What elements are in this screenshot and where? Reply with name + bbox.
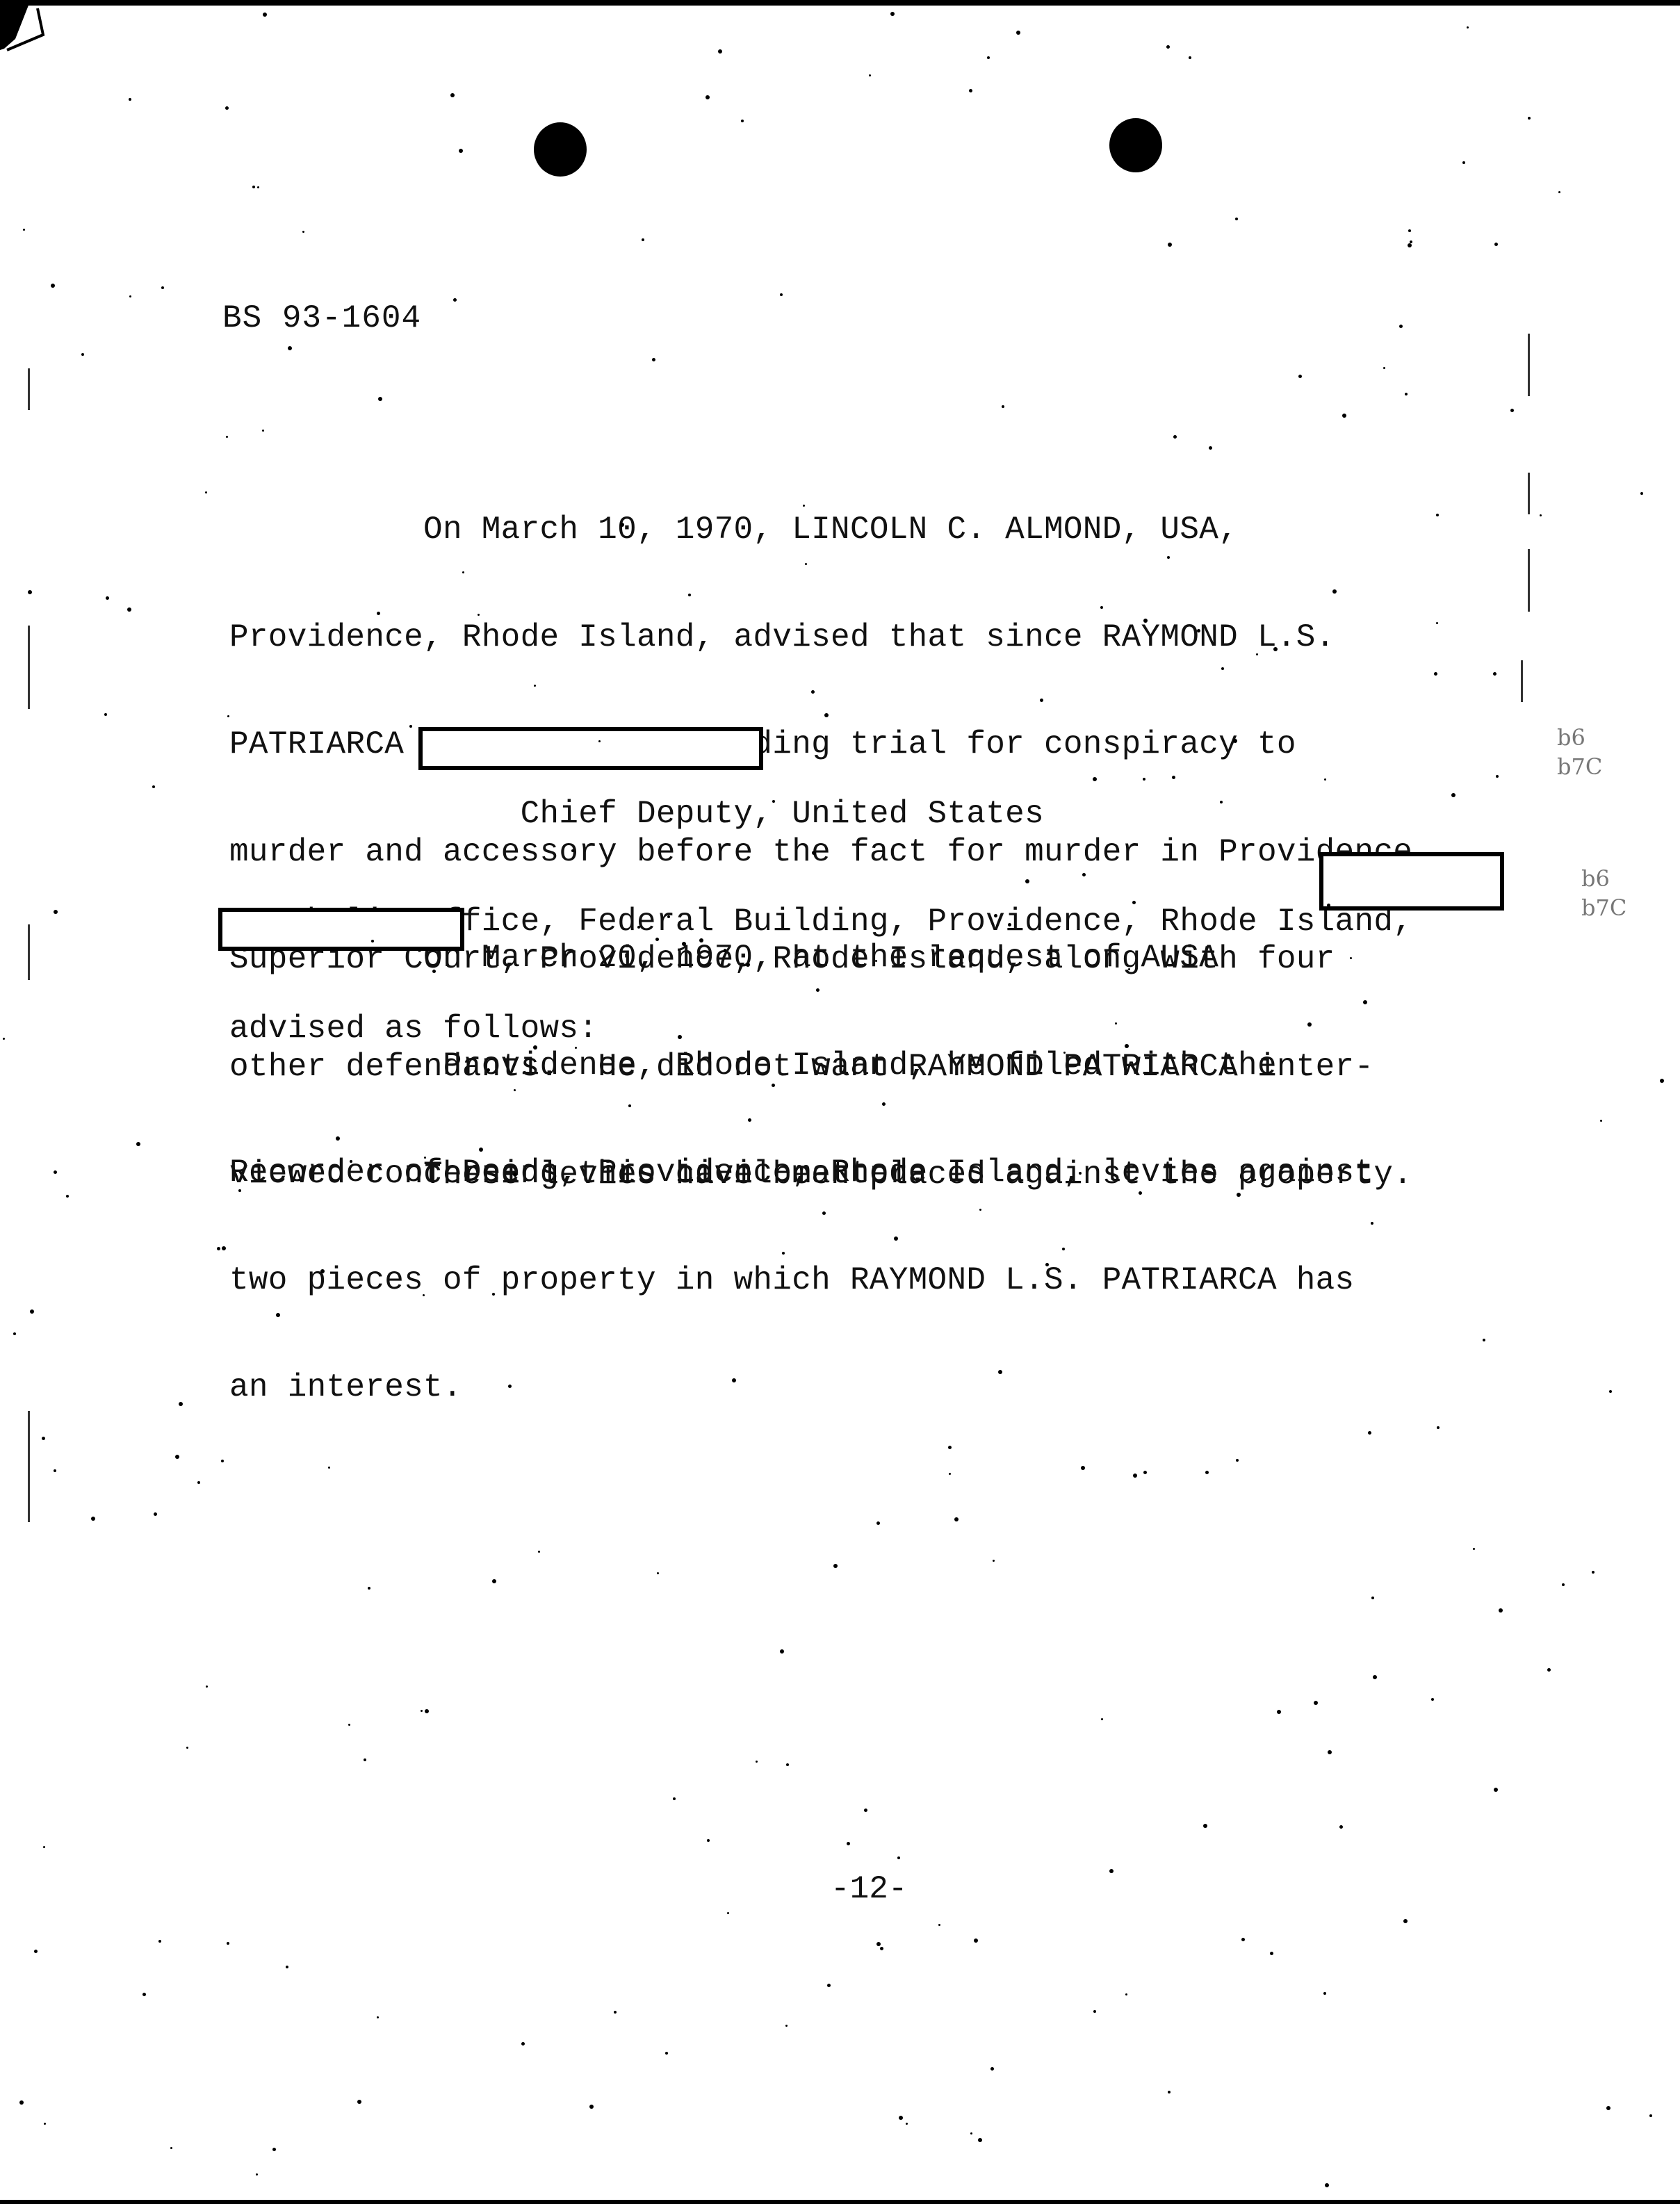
scan-speck xyxy=(1221,667,1224,670)
scan-speck xyxy=(811,690,815,694)
scan-speck xyxy=(225,106,229,110)
scan-speck xyxy=(538,1551,540,1553)
scan-speck xyxy=(1205,1471,1209,1474)
scan-speck xyxy=(805,563,807,565)
scan-speck xyxy=(302,231,304,233)
scan-speck xyxy=(1197,629,1200,632)
scan-speck xyxy=(880,1947,883,1950)
scan-speck xyxy=(152,785,155,788)
scan-speck xyxy=(667,915,670,918)
scan-speck xyxy=(158,1940,161,1943)
scan-speck xyxy=(994,914,997,917)
scan-speck xyxy=(1606,2106,1610,2110)
scan-speck xyxy=(637,926,640,929)
scan-speck xyxy=(1371,1222,1373,1225)
scan-speck xyxy=(1408,243,1412,247)
scan-speck xyxy=(206,1685,208,1688)
scan-speck xyxy=(1143,778,1145,781)
scan-speck xyxy=(23,229,25,231)
punch-hole-right xyxy=(1109,118,1162,172)
scan-speck xyxy=(1040,699,1043,702)
scan-speck xyxy=(882,1102,886,1106)
redaction-box-ausa-name-2 xyxy=(218,908,464,951)
scan-speck xyxy=(1383,367,1385,369)
scan-speck xyxy=(772,800,775,803)
scan-speck xyxy=(328,1467,330,1469)
scan-speck xyxy=(1437,1426,1440,1429)
scan-speck xyxy=(1600,1120,1602,1122)
scan-speck xyxy=(1101,1718,1103,1720)
scan-speck xyxy=(869,74,871,76)
scan-speck xyxy=(81,353,84,356)
scan-speck xyxy=(899,2116,903,2120)
scan-speck xyxy=(19,2100,24,2105)
margin-mark xyxy=(1528,473,1530,514)
scan-speck xyxy=(1660,1079,1664,1083)
scan-speck xyxy=(571,849,574,852)
scan-speck xyxy=(66,1195,69,1198)
scan-speck xyxy=(492,1579,496,1583)
scan-speck xyxy=(847,1842,850,1845)
scan-speck xyxy=(741,120,744,122)
scan-speck xyxy=(1431,1698,1434,1701)
scan-speck xyxy=(256,2173,258,2176)
scan-speck xyxy=(1045,1263,1049,1266)
scan-speck xyxy=(974,1938,978,1943)
scan-speck xyxy=(864,1809,867,1812)
scan-speck xyxy=(54,1469,56,1472)
scan-speck xyxy=(161,286,164,289)
scan-speck xyxy=(642,238,644,241)
scan-speck xyxy=(949,1473,951,1475)
scan-speck xyxy=(91,1517,95,1521)
scan-speck xyxy=(990,2067,994,2071)
scan-speck xyxy=(1203,1824,1207,1828)
scan-speck xyxy=(1350,957,1352,959)
text-line: Providence, Rhode Island, he filed with … xyxy=(229,1048,1373,1084)
scan-speck xyxy=(320,1269,325,1273)
scan-speck xyxy=(1640,492,1643,495)
scan-speck xyxy=(1368,1431,1371,1435)
scan-speck xyxy=(876,1942,881,1946)
scan-speck xyxy=(104,713,107,716)
scan-speck xyxy=(54,910,58,914)
scan-speck xyxy=(833,1564,838,1568)
scan-speck xyxy=(54,1170,57,1174)
scan-speck xyxy=(906,2123,908,2125)
text-line: an interest. xyxy=(229,1370,1373,1406)
scan-speck xyxy=(786,1763,789,1766)
scan-speck xyxy=(1436,514,1439,516)
redaction-box-ausa-name-1 xyxy=(1319,852,1504,911)
scan-speck xyxy=(257,186,259,188)
scan-speck xyxy=(1209,446,1212,450)
scan-speck xyxy=(785,2025,788,2027)
scan-speck xyxy=(1436,622,1438,624)
scan-speck xyxy=(1562,1583,1565,1586)
scan-speck xyxy=(987,56,990,59)
margin-mark xyxy=(1521,660,1523,702)
scan-speck xyxy=(682,942,686,946)
scan-speck xyxy=(227,1942,229,1945)
scan-speck xyxy=(186,1747,188,1749)
scan-speck xyxy=(521,2042,525,2046)
scan-speck xyxy=(1100,606,1103,609)
scan-speck xyxy=(453,298,457,302)
scan-speck xyxy=(598,740,601,742)
scan-speck xyxy=(377,2016,379,2018)
scan-speck xyxy=(288,346,292,350)
scan-speck xyxy=(628,1104,631,1107)
scan-speck xyxy=(425,1709,429,1713)
scan-speck xyxy=(1235,218,1238,220)
scan-speck xyxy=(812,851,816,855)
scan-speck xyxy=(665,2052,668,2055)
scan-speck xyxy=(1332,589,1337,594)
scan-speck xyxy=(875,960,877,962)
scan-speck xyxy=(1139,1191,1142,1195)
scan-speck xyxy=(127,607,131,612)
scan-speck xyxy=(1342,414,1346,418)
scan-speck xyxy=(678,1035,682,1039)
scan-speck xyxy=(533,1045,537,1050)
scan-speck xyxy=(205,491,207,493)
scan-speck xyxy=(513,1173,517,1177)
scan-speck xyxy=(272,2148,276,2151)
scan-speck xyxy=(479,1148,483,1152)
scan-speck xyxy=(1496,775,1499,778)
scan-speck xyxy=(1220,801,1223,803)
scan-speck xyxy=(1172,776,1175,779)
scan-speck xyxy=(1167,556,1170,559)
scan-speck xyxy=(1373,1675,1377,1679)
exemption-code: b6 xyxy=(1557,723,1602,752)
scan-speck xyxy=(348,1724,350,1726)
scan-speck xyxy=(1592,1571,1595,1574)
scan-speck xyxy=(1133,1474,1137,1478)
scan-speck xyxy=(43,1846,45,1848)
scan-speck xyxy=(432,970,436,973)
scan-speck xyxy=(998,1370,1002,1374)
scan-speck xyxy=(748,1118,751,1122)
margin-mark xyxy=(28,1411,30,1522)
scan-speck xyxy=(1363,1000,1367,1004)
scan-speck xyxy=(179,1402,183,1406)
scan-speck xyxy=(221,1460,224,1462)
scan-speck xyxy=(252,186,255,188)
scan-speck xyxy=(1016,31,1020,35)
scan-speck xyxy=(222,1246,226,1250)
scan-speck xyxy=(824,713,829,717)
scan-speck xyxy=(42,1437,45,1440)
margin-mark xyxy=(28,368,30,410)
scan-speck xyxy=(1451,793,1455,797)
scan-speck xyxy=(816,988,819,992)
scan-speck xyxy=(51,284,55,288)
scan-speck xyxy=(1298,375,1302,378)
scan-speck xyxy=(699,938,703,942)
scan-speck xyxy=(1405,393,1408,395)
scan-speck xyxy=(129,295,131,297)
scan-speck xyxy=(1307,1022,1312,1027)
scan-speck xyxy=(371,940,374,942)
page-bottom-edge xyxy=(0,2200,1680,2204)
scan-speck xyxy=(657,1572,659,1574)
scan-speck xyxy=(1558,191,1560,193)
scan-speck xyxy=(30,1309,34,1314)
scan-speck xyxy=(1166,45,1170,49)
scan-speck xyxy=(782,1252,785,1255)
scan-speck xyxy=(1399,325,1403,328)
exemption-code: b6 xyxy=(1581,864,1626,893)
folded-corner-icon xyxy=(0,0,56,63)
scan-speck xyxy=(1273,647,1278,651)
scan-speck xyxy=(142,1993,146,1996)
scan-speck xyxy=(106,596,109,600)
scan-speck xyxy=(1403,1919,1408,1923)
scan-speck xyxy=(1494,1788,1498,1792)
scan-speck xyxy=(1327,904,1330,907)
scan-speck xyxy=(1062,1248,1065,1250)
scan-speck xyxy=(1128,968,1130,970)
scan-speck xyxy=(1236,1459,1239,1462)
page-number: -12- xyxy=(831,1871,907,1907)
margin-mark xyxy=(1528,549,1530,612)
margin-mark xyxy=(1528,334,1530,396)
scan-speck xyxy=(938,1924,940,1926)
scan-speck xyxy=(1125,1044,1129,1048)
scan-speck xyxy=(1323,1992,1326,1995)
scan-speck xyxy=(1325,2183,1329,2187)
scan-speck xyxy=(368,1587,370,1590)
scan-speck xyxy=(1547,1668,1551,1672)
scan-speck xyxy=(772,1084,775,1087)
scan-speck xyxy=(890,12,895,16)
scan-speck xyxy=(688,594,691,596)
file-number: BS 93-1604 xyxy=(222,300,421,336)
scan-speck xyxy=(1270,1952,1273,1955)
scan-speck xyxy=(350,1160,352,1163)
scan-speck xyxy=(1081,1466,1085,1470)
scan-speck xyxy=(478,614,480,616)
scan-speck xyxy=(1324,778,1326,781)
scan-speck xyxy=(1237,1193,1241,1197)
scan-speck xyxy=(589,2105,594,2109)
scan-speck xyxy=(226,436,228,438)
scan-speck xyxy=(357,2100,361,2104)
scan-speck xyxy=(1410,240,1412,243)
scan-speck xyxy=(364,1758,366,1761)
scan-speck xyxy=(948,1446,952,1449)
scan-speck xyxy=(707,1839,710,1842)
text-line: On March 10, 1970, LINCOLN C. ALMOND, US… xyxy=(229,512,1412,548)
scan-speck xyxy=(28,590,32,594)
scan-speck xyxy=(970,2132,972,2134)
margin-mark xyxy=(28,626,30,709)
scan-speck xyxy=(1499,1608,1503,1613)
scan-speck xyxy=(620,523,624,527)
scan-speck xyxy=(1408,229,1411,232)
scan-speck xyxy=(13,1332,16,1335)
scan-speck xyxy=(1434,672,1437,676)
scan-speck xyxy=(129,98,131,101)
scan-speck xyxy=(227,715,229,717)
scan-speck xyxy=(154,1512,157,1516)
scan-speck xyxy=(1143,1471,1147,1474)
scan-speck xyxy=(534,685,536,687)
scan-speck xyxy=(822,1211,826,1215)
margin-mark xyxy=(28,924,30,980)
scan-speck xyxy=(1079,1172,1082,1175)
scan-speck xyxy=(1233,739,1237,743)
text-line: two pieces of property in which RAYMOND … xyxy=(229,1263,1373,1299)
scan-speck xyxy=(378,397,382,401)
scan-speck xyxy=(655,938,659,941)
scan-speck xyxy=(1143,619,1148,623)
scan-speck xyxy=(1063,1052,1066,1054)
scan-speck xyxy=(1173,435,1177,439)
scan-speck xyxy=(1125,1993,1127,1995)
scan-speck xyxy=(897,1856,900,1859)
scan-speck xyxy=(954,1517,959,1521)
scan-speck xyxy=(993,1560,995,1562)
scan-speck xyxy=(1473,1548,1475,1550)
scan-speck xyxy=(276,1313,280,1317)
scan-speck xyxy=(1510,409,1514,412)
exemption-codes-2: b6 b7C xyxy=(1581,864,1626,922)
scan-speck xyxy=(238,1189,241,1192)
scan-speck xyxy=(492,1293,495,1296)
scan-speck xyxy=(1314,1701,1318,1705)
scan-speck xyxy=(1168,243,1172,247)
scan-speck xyxy=(336,1136,340,1141)
scan-speck xyxy=(978,2138,982,2142)
scan-speck xyxy=(1082,873,1086,876)
scan-speck xyxy=(1115,1022,1117,1025)
scan-speck xyxy=(514,1089,516,1091)
scan-speck xyxy=(732,1378,736,1382)
scan-speck xyxy=(136,1142,140,1146)
scan-speck xyxy=(706,95,710,99)
scan-speck xyxy=(1467,26,1469,28)
scan-speck xyxy=(1025,879,1029,883)
scan-speck xyxy=(450,93,455,97)
scan-speck xyxy=(1189,56,1191,59)
scan-speck xyxy=(718,49,722,54)
scan-speck xyxy=(652,358,655,361)
scan-speck xyxy=(424,1157,426,1159)
scan-speck xyxy=(377,612,380,615)
scan-speck xyxy=(1277,1710,1281,1714)
scan-speck xyxy=(262,430,264,432)
scan-speck xyxy=(1609,1390,1612,1393)
exemption-code: b7C xyxy=(1557,752,1602,781)
scan-speck xyxy=(1008,923,1011,927)
scan-speck xyxy=(508,1385,512,1388)
scan-speck xyxy=(462,571,464,573)
scan-speck xyxy=(170,2147,172,2149)
scan-speck xyxy=(827,1984,831,1987)
punch-hole-left xyxy=(534,122,587,177)
paragraph-levies-placed: These levies have been placed against th… xyxy=(229,1086,1412,1229)
text-line: Providence, Rhode Island, advised that s… xyxy=(229,620,1412,656)
scan-speck xyxy=(263,13,267,17)
scan-speck xyxy=(1339,1825,1343,1829)
scan-speck xyxy=(1483,1339,1485,1341)
page-top-edge xyxy=(0,0,1680,6)
exemption-codes-1: b6 b7C xyxy=(1557,723,1602,781)
scan-speck xyxy=(1371,1597,1374,1599)
scan-speck xyxy=(1002,405,1004,408)
scan-speck xyxy=(746,963,750,967)
scan-speck xyxy=(614,2011,617,2014)
scan-speck xyxy=(780,1649,784,1654)
scan-speck xyxy=(34,1950,38,1953)
scan-speck xyxy=(409,725,412,728)
scan-speck xyxy=(979,1209,981,1211)
scan-speck xyxy=(1649,2114,1652,2117)
scan-speck xyxy=(459,149,463,153)
scan-speck xyxy=(1093,2010,1096,2013)
scan-speck xyxy=(1241,1938,1245,1941)
scan-speck xyxy=(724,949,726,952)
scan-speck xyxy=(1528,117,1531,120)
scan-speck xyxy=(1328,1750,1332,1754)
redaction-box-chief-deputy-name xyxy=(418,727,763,770)
scan-speck xyxy=(3,1038,5,1040)
exemption-code: b7C xyxy=(1581,893,1626,922)
scan-speck xyxy=(286,1966,288,1968)
scan-speck xyxy=(421,1710,423,1712)
scan-speck xyxy=(487,1068,490,1072)
scan-speck xyxy=(1132,901,1136,904)
scan-speck xyxy=(1493,672,1496,676)
scan-speck xyxy=(1256,653,1258,655)
text-line: These levies have been placed against th… xyxy=(229,1157,1412,1193)
scan-speck xyxy=(1109,1869,1114,1873)
scan-speck xyxy=(1132,131,1135,134)
scan-speck xyxy=(423,1294,425,1296)
scan-speck xyxy=(1540,514,1542,516)
scan-speck xyxy=(803,505,805,507)
scan-speck xyxy=(876,1521,880,1525)
scan-speck xyxy=(756,1761,758,1763)
scan-speck xyxy=(44,2123,46,2125)
scan-speck xyxy=(1494,243,1498,246)
scan-speck xyxy=(894,1236,898,1241)
scan-speck xyxy=(1168,2091,1171,2093)
scan-speck xyxy=(575,1047,577,1049)
scan-speck xyxy=(727,1912,729,1914)
scan-speck xyxy=(1093,777,1097,781)
scan-speck xyxy=(175,1455,179,1459)
text-line: Chief Deputy, United States xyxy=(229,797,1412,833)
scan-speck xyxy=(969,89,972,92)
scan-speck xyxy=(780,293,783,296)
scan-speck xyxy=(673,1797,676,1800)
scan-speck xyxy=(197,1481,200,1484)
scan-speck xyxy=(1462,161,1465,164)
scan-speck xyxy=(217,1247,220,1250)
